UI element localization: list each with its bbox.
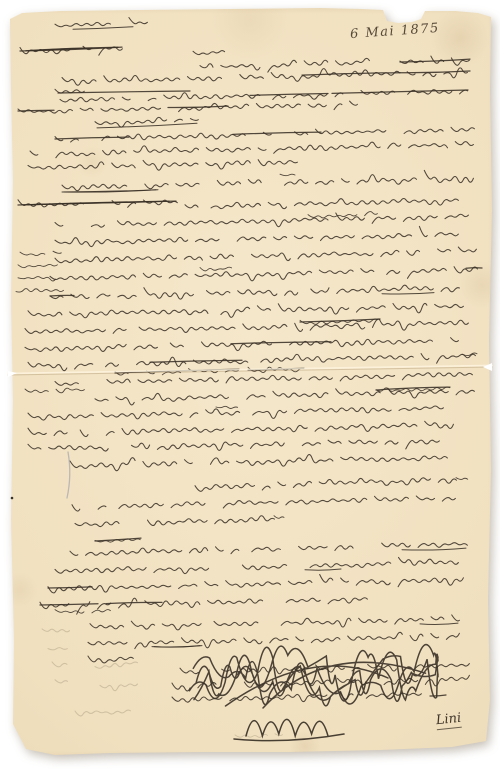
handwriting-line [55,373,472,386]
handwriting-line [95,662,138,668]
handwriting-line [18,277,56,281]
handwriting-line [55,680,68,683]
strikethrough-stroke [58,91,190,93]
handwriting-line [274,516,284,519]
underline-stroke [402,548,466,550]
signature-mark: Lini [435,711,462,731]
handwriting-line [16,289,64,293]
handwriting-line [70,543,467,556]
handwriting-layer [0,0,500,769]
handwriting-line [42,629,70,632]
underline-stroke [73,27,133,30]
handwriting-line [95,388,474,405]
handwriting-line [75,710,130,716]
handwriting-line [25,388,84,393]
handwriting-line [18,264,57,267]
handwriting-line [216,406,238,408]
underline-stroke [305,569,341,570]
handwriting-line [308,212,377,218]
handwriting-line [235,734,283,738]
handwriting-line [28,421,453,436]
ink-dot [11,497,14,500]
handwriting-line [72,496,455,511]
strikethrough-stroke [50,295,74,296]
handwriting-line [280,174,295,176]
strikethrough-stroke [40,604,98,605]
handwriting-line [185,199,458,209]
cancellation-scribble [189,645,438,708]
strikethrough-stroke [48,587,92,588]
handwriting-line [48,648,67,650]
underline-stroke [382,293,434,294]
strikethrough-stroke [250,94,328,96]
handwriting-line [28,406,443,420]
handwriting-line [55,557,458,573]
handwriting-line [88,632,459,648]
strikethrough-stroke [231,342,331,344]
fold-crease [8,365,492,373]
handwriting-line [50,267,477,281]
handwriting-line [62,68,467,85]
handwriting-line [55,18,147,27]
strikethrough-stroke [400,71,470,73]
handwriting-line [28,160,297,170]
edge-nick [483,363,492,371]
handwriting-line [90,615,459,630]
handwriting-line [28,303,463,317]
strikethrough-stroke [55,137,129,139]
handwriting-line [28,440,439,451]
handwriting-line [88,656,133,663]
handwriting-line [456,478,468,480]
handwriting-line [25,338,458,352]
strikethrough-stroke [430,695,446,696]
handwriting-line [55,610,110,614]
handwriting-line [40,598,367,614]
margin-pencil-stroke [67,452,70,498]
handwriting-line [30,142,473,158]
scanned-letter-photo: 6 Mai 1875 Lini [0,0,500,769]
handwriting-line [55,127,474,142]
handwriting-line [70,455,447,471]
handwriting-line [195,478,456,492]
handwriting-line [55,247,476,263]
handwriting-line [62,170,473,190]
handwriting-line [193,51,225,55]
handwriting-line [200,58,369,72]
handwriting-line [55,213,468,227]
handwriting-line [75,516,274,527]
underline-stroke [420,623,458,624]
handwriting-line [55,226,458,246]
handwriting-line [25,319,468,333]
handwriting-line [52,662,67,667]
handwriting-line [100,684,138,691]
handwriting-line [48,575,463,593]
handwriting-line [200,267,232,271]
handwriting-line [20,251,61,255]
handwriting-line [50,285,459,299]
